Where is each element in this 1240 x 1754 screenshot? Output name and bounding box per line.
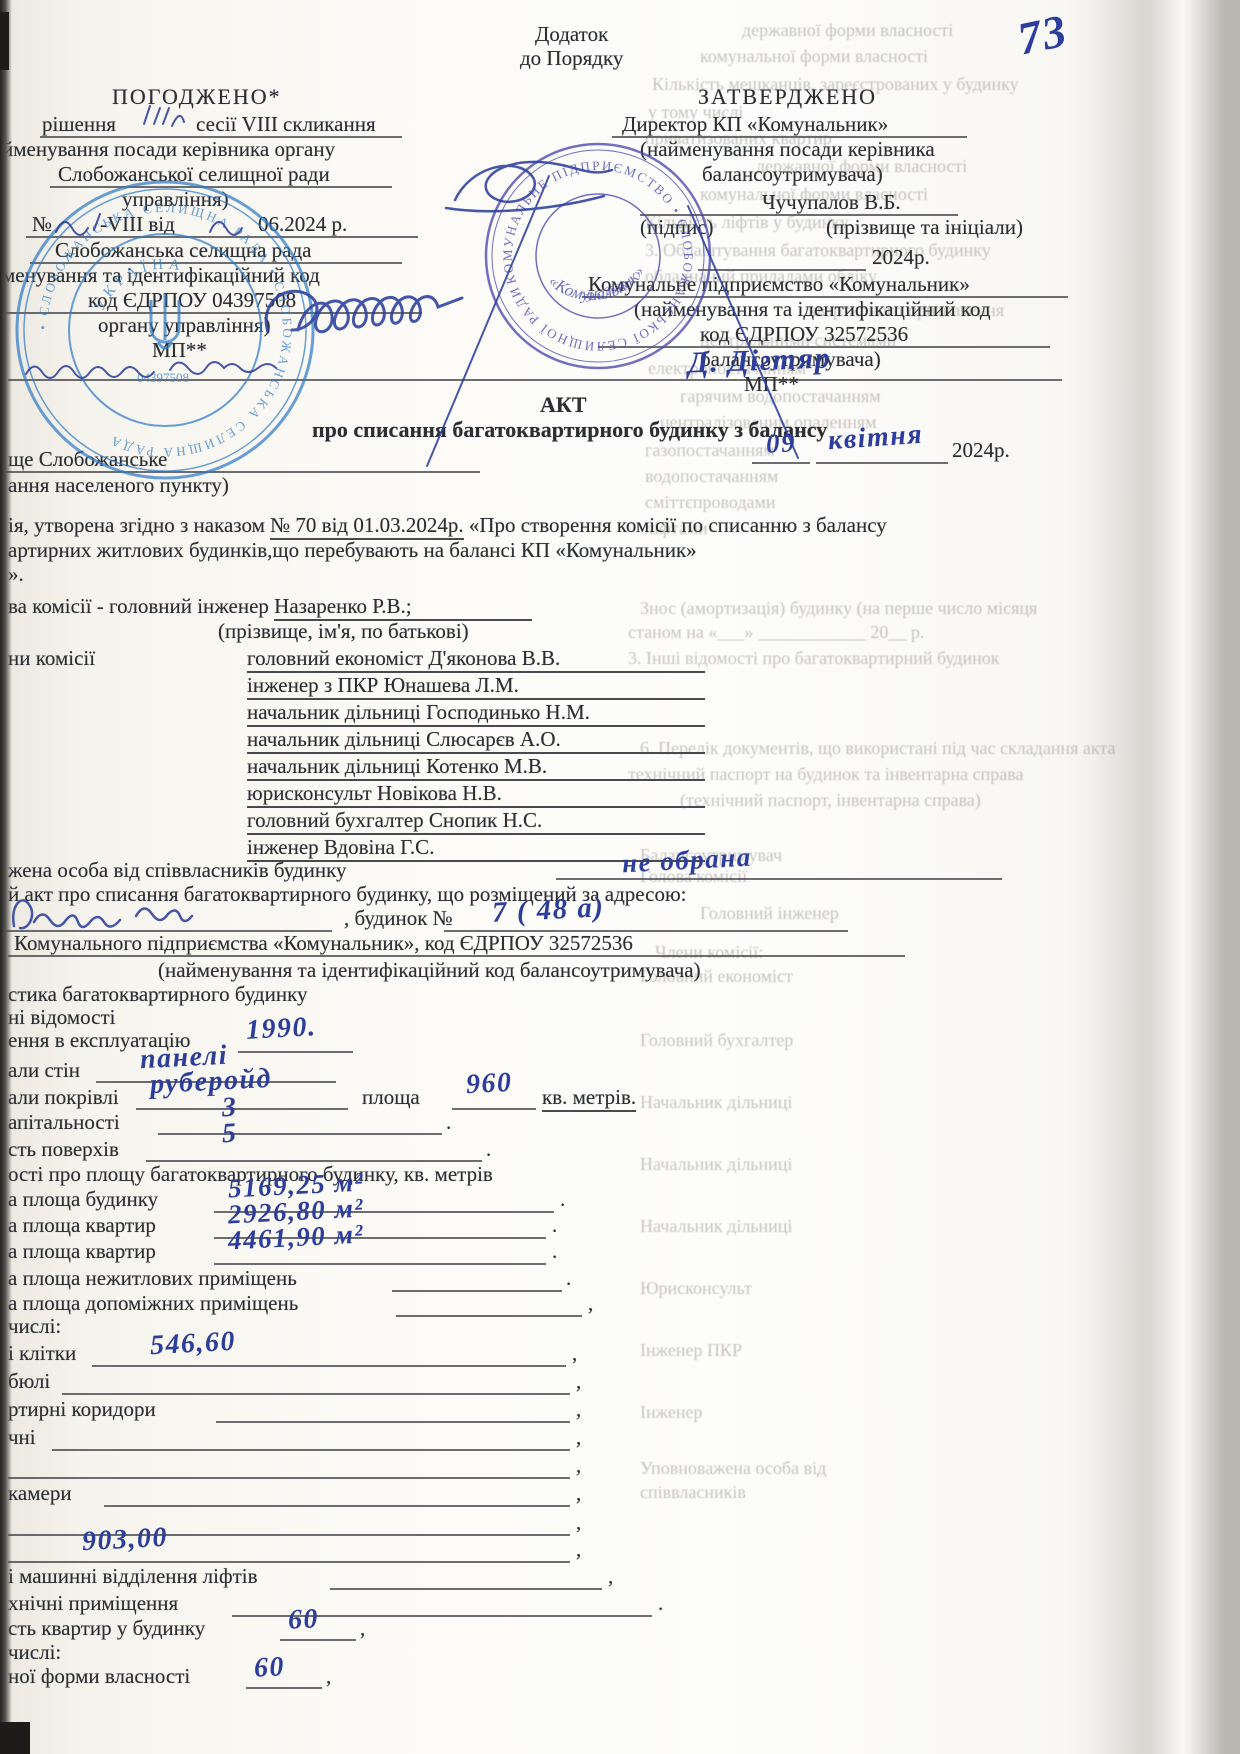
member-name: головний бухгалтер Снопик Н.С. [247, 808, 705, 835]
blank-line [8, 379, 1062, 381]
handwritten-roof: руберойд [149, 1063, 272, 1101]
commission-head-line: ва комісії - головний інженер Назаренко … [8, 594, 532, 621]
bleedthrough-text: Юрисконсульт [640, 1278, 752, 1299]
document-title: АКТ [540, 392, 587, 418]
punct: . [658, 1591, 663, 1616]
approved-left-title: ПОГОДЖЕНО* [112, 84, 282, 110]
blank-line [92, 1365, 566, 1367]
org-name: Слобожанської селищної ради [58, 162, 330, 187]
punct: . [446, 1110, 451, 1135]
punct: , [360, 1616, 365, 1641]
sub-row-label: і клітки [8, 1341, 76, 1366]
member-line: головний економіст Д'яконова В.В. [247, 646, 705, 673]
punct: . [552, 1213, 557, 1238]
handwritten-private-count: 60 [253, 1651, 286, 1685]
blank-line [816, 462, 948, 464]
holder-line-caption: (найменування та ідентифікаційний код ба… [158, 958, 701, 983]
council-name: Слобожанська селищна рада [55, 238, 312, 263]
director-name: Чучупалов В.Б. [762, 190, 901, 215]
blank-line [52, 1449, 570, 1451]
decision-number-mid: -VIII від [100, 212, 175, 237]
commission-paragraph-line-2: артирних житлових будинків,що перебувают… [8, 538, 697, 563]
bleedthrough-text: державної форми власності [742, 20, 953, 41]
bleedthrough-text: 3. Облаштування багатоквартирного будинк… [645, 240, 991, 261]
member-name: інженер з ПКР Юнашева Л.М. [247, 673, 705, 700]
director-caption-2: балансоутримувача) [702, 162, 883, 187]
settlement-caption: ання населеного пункту) [8, 473, 229, 498]
area-row-label: а площа допоміжних приміщень [8, 1291, 298, 1316]
paragraph-text: «Про створення комісії по списанню з бал… [464, 513, 887, 537]
scan-edge-left [0, 0, 12, 1754]
punct: , [608, 1564, 613, 1589]
member-line: начальник дільниці Котенко М.В. [247, 754, 705, 781]
punct: , [576, 1369, 581, 1394]
settlement-name: ще Слобожанське [8, 447, 167, 472]
bleedthrough-text: сміттєпроводами [645, 492, 776, 513]
blank-line [752, 462, 810, 464]
blank-line [136, 1108, 348, 1110]
member-line: інженер з ПКР Юнашева Л.М. [247, 673, 705, 700]
member-name: головний економіст Д'яконова В.В. [247, 646, 705, 673]
bleedthrough-text: Інженер [640, 1402, 702, 1423]
blank-line [330, 1588, 602, 1590]
bleedthrough-text: Інженер ПКР [640, 1340, 742, 1361]
blank-line [698, 269, 866, 271]
company-name: Комунальне підприємство «Комунальник» [588, 272, 970, 297]
blank-line [396, 1315, 582, 1317]
punct: . [552, 1239, 557, 1264]
handwritten-basement-area: 903,00 [81, 1522, 169, 1558]
blank-line [246, 1687, 322, 1689]
private-ownership-label: ної форми власності [8, 1664, 190, 1689]
decision-session-label: сесії VIII скликання [196, 112, 376, 137]
org-upr-caption: органу управління) [98, 313, 271, 338]
handwritten-stairs-area: 546,60 [149, 1326, 237, 1362]
house-number-label: , будинок № [344, 906, 453, 931]
handwritten-house-number: 7 ( 48 а) [491, 891, 605, 930]
punct: , [576, 1481, 581, 1506]
area-row-label: а площа квартир [8, 1239, 156, 1264]
handwritten-floors: 5 [221, 1118, 238, 1151]
bleedthrough-text: станом на «___» ____________ 20__ р. [628, 622, 924, 643]
name-caption: (прізвище, ім'я, по батькові) [218, 619, 469, 644]
handwritten-area-value: 4461,90 м² [227, 1218, 365, 1256]
order-number: № 70 від 01.03.2024р. [270, 513, 463, 540]
member-name: начальник дільниці Слюсарєв А.О. [247, 727, 705, 754]
roof-area-label: площа [362, 1085, 420, 1110]
commission-paragraph-line-1: ія, утворена згідно з наказом № 70 від 0… [8, 513, 887, 540]
roof-units-text: кв. метрів. [542, 1085, 636, 1112]
sub-row-label: хнічні приміщення [8, 1591, 178, 1616]
bleedthrough-text: Знос (амортизація) будинку (на перше чис… [640, 598, 1037, 619]
decision-number-prefix: № [32, 212, 52, 237]
floors-label: сть поверхів [8, 1137, 119, 1162]
bleedthrough-text: співвласників [640, 1482, 746, 1503]
document-subtitle: про списання багатоквартирного будинку з… [312, 417, 827, 443]
holder-line: Комунального підприємства «Комунальник»,… [14, 931, 633, 956]
blank-line [8, 1561, 570, 1563]
area-row-label: а площа будинку [8, 1187, 158, 1212]
sub-row-label: бюлі [8, 1369, 50, 1394]
blank-line [216, 1421, 570, 1423]
org-head-caption: йменування посади керівника органу [2, 137, 335, 162]
punct: , [576, 1425, 581, 1450]
bleedthrough-text: (технічний паспорт, інвентарна справа) [680, 790, 981, 811]
initials-caption: (прізвище та ініціали) [826, 215, 1023, 240]
blank-line [158, 1133, 442, 1135]
bleedthrough-text: Головний інженер [700, 903, 839, 924]
blank-line [452, 1108, 536, 1110]
blank-line [104, 1505, 570, 1507]
member-line: головний бухгалтер Снопик Н.С. [247, 808, 705, 835]
page-curl-shadow [1090, 0, 1240, 1754]
authorized-person-label: жена особа від співвласників будинку [8, 858, 347, 883]
director-line: Директор КП «Комунальник» [622, 112, 888, 137]
apartments-count-label: сть квартир у будинку [8, 1616, 205, 1641]
bleedthrough-text: Начальник дільниці [640, 1092, 792, 1113]
including-label: числі: [8, 1314, 61, 1339]
handwritten-day: 09 [765, 427, 797, 460]
handwritten-apartments-count: 60 [287, 1603, 320, 1637]
punct: , [576, 1510, 581, 1535]
handwritten-year-built: 1990. [245, 1011, 317, 1047]
punct: , [576, 1537, 581, 1562]
scan-corner-mark [0, 12, 9, 70]
stamp-code-text: 04397508 [137, 370, 189, 385]
sub-row-label: камери [8, 1481, 72, 1506]
blank-line [62, 1393, 570, 1395]
walls-label: али стін [8, 1058, 80, 1083]
punct: . [560, 1187, 565, 1212]
sign-caption: (підпис) [640, 215, 714, 240]
roof-label: али покрівлі [8, 1085, 119, 1110]
bleedthrough-text: комунальної форми власності [700, 46, 928, 67]
handwritten-signature-name: Д. Дігтяр [687, 342, 831, 381]
member-name: начальник дільниці Господинько Н.М. [247, 700, 705, 727]
org-name-2: управління) [122, 187, 229, 212]
sub-row-label: і машинні відділення ліфтів [8, 1564, 258, 1589]
head-name: Назаренко Р.В.; [274, 594, 532, 621]
scan-corner-mark [0, 1722, 30, 1754]
scanned-document-page: державної форми власностікомунальної фор… [0, 0, 1240, 1754]
characteristics-heading: стика багатоквартирного будинку [8, 982, 308, 1007]
bleedthrough-text: 6. Перелік документів, що використані пі… [640, 738, 1115, 759]
member-line: начальник дільниці Слюсарєв А.О. [247, 727, 705, 754]
handwritten-roof-area: 960 [465, 1067, 513, 1101]
head-label: ва комісії - головний інженер [8, 594, 274, 618]
handwritten-page-number: 73 [1013, 3, 1072, 65]
member-name: начальник дільниці Котенко М.В. [247, 754, 705, 781]
punct: , [326, 1664, 331, 1689]
decision-label: рішення [42, 112, 116, 137]
company-caption: (найменування та ідентифікаційний код [634, 297, 991, 322]
sub-row-label: ртирні коридори [8, 1397, 156, 1422]
bleedthrough-text: Начальник дільниці [640, 1216, 792, 1237]
capital-class-label: апітальності [8, 1110, 120, 1135]
including-label: числі: [8, 1640, 61, 1665]
punct: . [566, 1266, 571, 1291]
blank-line [214, 1263, 546, 1265]
approval-year: 2024р. [872, 245, 930, 270]
code-caption: менування та ідентифікаційний код [2, 263, 320, 288]
punct: . [486, 1137, 491, 1162]
member-line: юрисконсульт Новікова Н.В. [247, 781, 705, 808]
area-row-label: а площа квартир [8, 1213, 156, 1238]
blank-line [238, 1051, 353, 1053]
bleedthrough-text: газопостачанням [645, 440, 775, 461]
area-row-label: а площа нежитлових приміщень [8, 1266, 297, 1291]
decision-date: 06.2024 р. [258, 212, 347, 237]
punct: , [572, 1341, 577, 1366]
blank-line [392, 1290, 562, 1292]
director-signature [446, 162, 612, 211]
bleedthrough-text: водопостачанням [645, 466, 778, 487]
roof-units: кв. метрів. [542, 1085, 636, 1112]
bleedthrough-text: Уповноважена особа від [640, 1458, 826, 1479]
sub-row-label: чні [8, 1425, 36, 1450]
paragraph-text: ія, утворена згідно з наказом [8, 513, 270, 537]
general-info-heading: ні відомості [8, 1005, 116, 1030]
appendix-line-2: до Порядку [520, 46, 623, 71]
handwritten-name-scribble [26, 362, 276, 378]
act-year: 2024р. [952, 438, 1010, 463]
punct: , [576, 1397, 581, 1422]
approved-right-title: ЗАТВЕРДЖЕНО [698, 84, 877, 110]
blank-line [280, 1639, 356, 1641]
stamp-place-left: МП** [152, 338, 207, 363]
blank-line [8, 1477, 570, 1479]
director-caption-1: (найменування посади керівника [640, 137, 935, 162]
member-line: начальник дільниці Господинько Н.М. [247, 700, 705, 727]
punct: , [576, 1453, 581, 1478]
bleedthrough-text: Головний бухгалтер [640, 1030, 793, 1051]
bleedthrough-text: Начальник дільниці [640, 1154, 792, 1175]
punct: , [588, 1291, 593, 1316]
members-label: ни комісії [8, 646, 95, 671]
edrpou-left: код ЄДРПОУ 04397508 [88, 288, 296, 313]
member-name: юрисконсульт Новікова Н.В. [247, 781, 705, 808]
handwritten-month: квітня [827, 419, 924, 458]
appendix-line-1: Додаток [535, 22, 608, 47]
